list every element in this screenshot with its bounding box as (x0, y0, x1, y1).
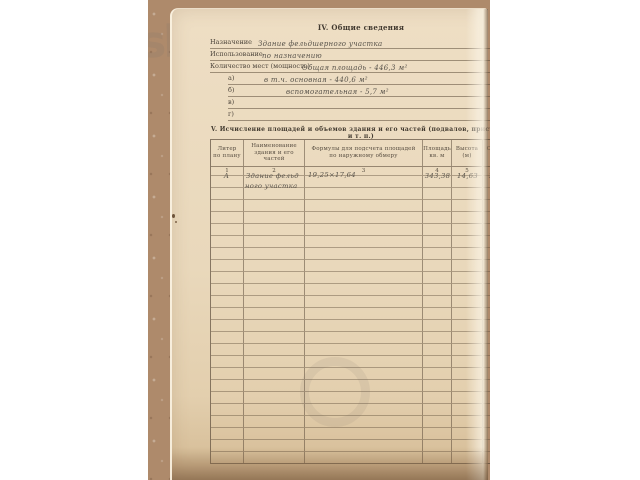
table-cell (211, 295, 244, 307)
table-cell (483, 259, 490, 271)
table-cell (305, 175, 423, 187)
table-cell (483, 391, 490, 403)
table-cell (211, 415, 244, 427)
table-cell (211, 271, 244, 283)
table-cell (452, 247, 483, 259)
table-cell (483, 199, 490, 211)
table-cell (305, 295, 423, 307)
table-row (211, 427, 490, 439)
table-cell (452, 307, 483, 319)
field-label: Использование (210, 50, 263, 58)
field-label: Назначение (210, 38, 252, 46)
table-cell (305, 307, 423, 319)
field-value-handwritten: по назначению (262, 52, 322, 60)
table-cell (211, 247, 244, 259)
table-cell (211, 187, 244, 199)
table-cell (423, 403, 452, 415)
table-cell (211, 343, 244, 355)
table-row (211, 175, 490, 187)
table-cell (211, 451, 244, 463)
table-row (211, 319, 490, 331)
field-value-handwritten: Здание фельдшерного участка (258, 40, 382, 48)
field-label: в) (228, 98, 234, 106)
table-cell (423, 439, 452, 451)
section4-title: IV. Общие сведения (210, 23, 490, 32)
table-cell (483, 271, 490, 283)
table-cell (483, 187, 490, 199)
table-cell (211, 211, 244, 223)
table-cell (244, 391, 305, 403)
table-cell (452, 199, 483, 211)
table-cell (305, 259, 423, 271)
table-cell (244, 343, 305, 355)
table-cell (244, 331, 305, 343)
table-cell (423, 427, 452, 439)
field-v: в) (228, 98, 490, 109)
table-cell (244, 199, 305, 211)
table-cell (305, 439, 423, 451)
table-row (211, 187, 490, 199)
table-cell (423, 367, 452, 379)
table-cell (483, 175, 490, 187)
table-cell (483, 235, 490, 247)
table-row (211, 211, 490, 223)
table-cell (211, 223, 244, 235)
table-cell (452, 223, 483, 235)
table-cell (423, 235, 452, 247)
table-cell (244, 271, 305, 283)
table-cell (452, 427, 483, 439)
table-row (211, 439, 490, 451)
table-cell (305, 319, 423, 331)
field-naznachenie: Назначение Здание фельдшерного участка (210, 38, 490, 49)
table-cell (244, 187, 305, 199)
table-cell (483, 427, 490, 439)
table-cell (483, 223, 490, 235)
table-cell (244, 211, 305, 223)
table-cell (452, 235, 483, 247)
field-value-handwritten: Общая площадь - 446,3 м² (302, 64, 408, 72)
table-cell (305, 187, 423, 199)
col-header-formula: Формулы для подсчета площадей по наружно… (305, 140, 423, 166)
col-number: 6 (483, 167, 490, 175)
field-b: б) вспомогательная - 5,7 м² (228, 86, 490, 97)
table-cell (423, 247, 452, 259)
table-row (211, 331, 490, 343)
watermark-ring (300, 357, 370, 427)
field-label: а) (228, 74, 234, 82)
table-cell (305, 343, 423, 355)
col-number: 5 (452, 167, 483, 175)
table-row (211, 247, 490, 259)
table-cell (211, 367, 244, 379)
table-cell (452, 391, 483, 403)
field-a: а) в т.ч. основная - 440,6 м² (228, 74, 490, 85)
col-header-volume: Объем (м³) (483, 140, 490, 166)
table-cell (483, 451, 490, 463)
table-row (211, 259, 490, 271)
table-cell (244, 451, 305, 463)
table-cell (244, 319, 305, 331)
table-cell (423, 175, 452, 187)
table-cell (211, 439, 244, 451)
table-cell (305, 211, 423, 223)
table-cell (483, 247, 490, 259)
table-cell (452, 295, 483, 307)
table-cell (452, 355, 483, 367)
table-row (211, 235, 490, 247)
table-cell (483, 319, 490, 331)
table-cell (452, 259, 483, 271)
table-cell (452, 211, 483, 223)
table-cell (244, 439, 305, 451)
field-kolichestvo-mest: Количество мест (мощность) Общая площадь… (210, 62, 490, 73)
table-cell (483, 331, 490, 343)
table-cell (483, 379, 490, 391)
table-cell (423, 343, 452, 355)
table-cell (211, 355, 244, 367)
table-cell (452, 439, 483, 451)
table-cell (483, 283, 490, 295)
table-cell (452, 415, 483, 427)
table-cell (483, 211, 490, 223)
table-cell (211, 379, 244, 391)
table-cell (244, 367, 305, 379)
table-cell (423, 355, 452, 367)
col-number: 3 (305, 167, 423, 175)
table-cell (452, 367, 483, 379)
table-cell (423, 259, 452, 271)
field-label: г) (228, 110, 234, 118)
field-label: Количество мест (мощность) (210, 62, 310, 70)
table-cell (211, 391, 244, 403)
table-cell (244, 259, 305, 271)
field-value-handwritten: в т.ч. основная - 440,6 м² (264, 76, 368, 84)
table-cell (305, 427, 423, 439)
table-cell (452, 379, 483, 391)
table-cell (244, 295, 305, 307)
table-cell (452, 451, 483, 463)
col-number: 2 (244, 167, 305, 175)
col-header-liter: Литер по плану (211, 140, 244, 166)
table-row (211, 223, 490, 235)
table-cell (423, 295, 452, 307)
table-cell (305, 199, 423, 211)
table-cell (423, 331, 452, 343)
table-cell (423, 199, 452, 211)
table-header-row: Литер по плану Наименование здания и его… (211, 140, 490, 166)
table-cell (423, 211, 452, 223)
field-label: б) (228, 86, 234, 94)
paper-speck (175, 221, 177, 223)
table-cell (305, 451, 423, 463)
table-cell (423, 415, 452, 427)
table-row (211, 199, 490, 211)
table-cell (423, 307, 452, 319)
table-cell (244, 355, 305, 367)
document-page: IV. Общие сведения Назначение Здание фел… (170, 8, 488, 480)
table-cell (483, 355, 490, 367)
table-cell (244, 403, 305, 415)
table-cell (483, 367, 490, 379)
table-cell (305, 235, 423, 247)
table-row (211, 283, 490, 295)
col-header-name: Наименование здания и его частей (244, 140, 305, 166)
table-cell (244, 283, 305, 295)
table-cell (483, 343, 490, 355)
table-cell (244, 223, 305, 235)
table-cell (483, 439, 490, 451)
table-cell (211, 235, 244, 247)
paper-speck (172, 214, 175, 218)
table-cell (452, 187, 483, 199)
table-cell (483, 307, 490, 319)
table-number-row: 1 2 3 4 5 6 (211, 166, 490, 175)
table-cell (244, 415, 305, 427)
table-cell (423, 187, 452, 199)
table-cell (305, 331, 423, 343)
table-cell (452, 283, 483, 295)
table-cell (452, 319, 483, 331)
table-cell (305, 247, 423, 259)
table-cell (244, 235, 305, 247)
table-cell (305, 283, 423, 295)
table-cell (483, 403, 490, 415)
field-ispolzovanie: Использование по назначению (210, 50, 490, 61)
table-row (211, 271, 490, 283)
table-cell (483, 295, 490, 307)
table-cell (452, 175, 483, 187)
table-cell (244, 307, 305, 319)
table-cell (305, 271, 423, 283)
table-cell (423, 391, 452, 403)
table-cell (423, 379, 452, 391)
table-row (211, 451, 490, 463)
table-cell (423, 283, 452, 295)
table-cell (211, 199, 244, 211)
table-cell (423, 451, 452, 463)
table-cell (483, 415, 490, 427)
col-number: 1 (211, 167, 244, 175)
table-cell (423, 223, 452, 235)
table-cell (211, 403, 244, 415)
table-cell (211, 427, 244, 439)
section5-title: V. Исчисление площадей и объемов здания … (210, 126, 490, 140)
document-photo: slando IV. Общие сведения Назначение Зда… (148, 0, 490, 480)
table-cell (423, 319, 452, 331)
table-cell (244, 427, 305, 439)
table-cell (211, 283, 244, 295)
col-header-area: Площадь кв. м (423, 140, 452, 166)
table-cell (211, 175, 244, 187)
table-cell (452, 271, 483, 283)
table-cell (452, 331, 483, 343)
table-cell (244, 175, 305, 187)
col-header-height: Высота (м) (452, 140, 483, 166)
table-row (211, 343, 490, 355)
table-cell (211, 331, 244, 343)
table-cell (211, 307, 244, 319)
table-cell (452, 403, 483, 415)
col-number: 4 (423, 167, 452, 175)
table-cell (244, 379, 305, 391)
field-value-handwritten: вспомогательная - 5,7 м² (286, 88, 389, 96)
table-cell (305, 223, 423, 235)
field-g: г) (228, 110, 490, 121)
table-cell (452, 343, 483, 355)
table-cell (423, 271, 452, 283)
table-cell (211, 319, 244, 331)
table-row (211, 307, 490, 319)
table-cell (211, 259, 244, 271)
table-row (211, 295, 490, 307)
table-cell (244, 247, 305, 259)
